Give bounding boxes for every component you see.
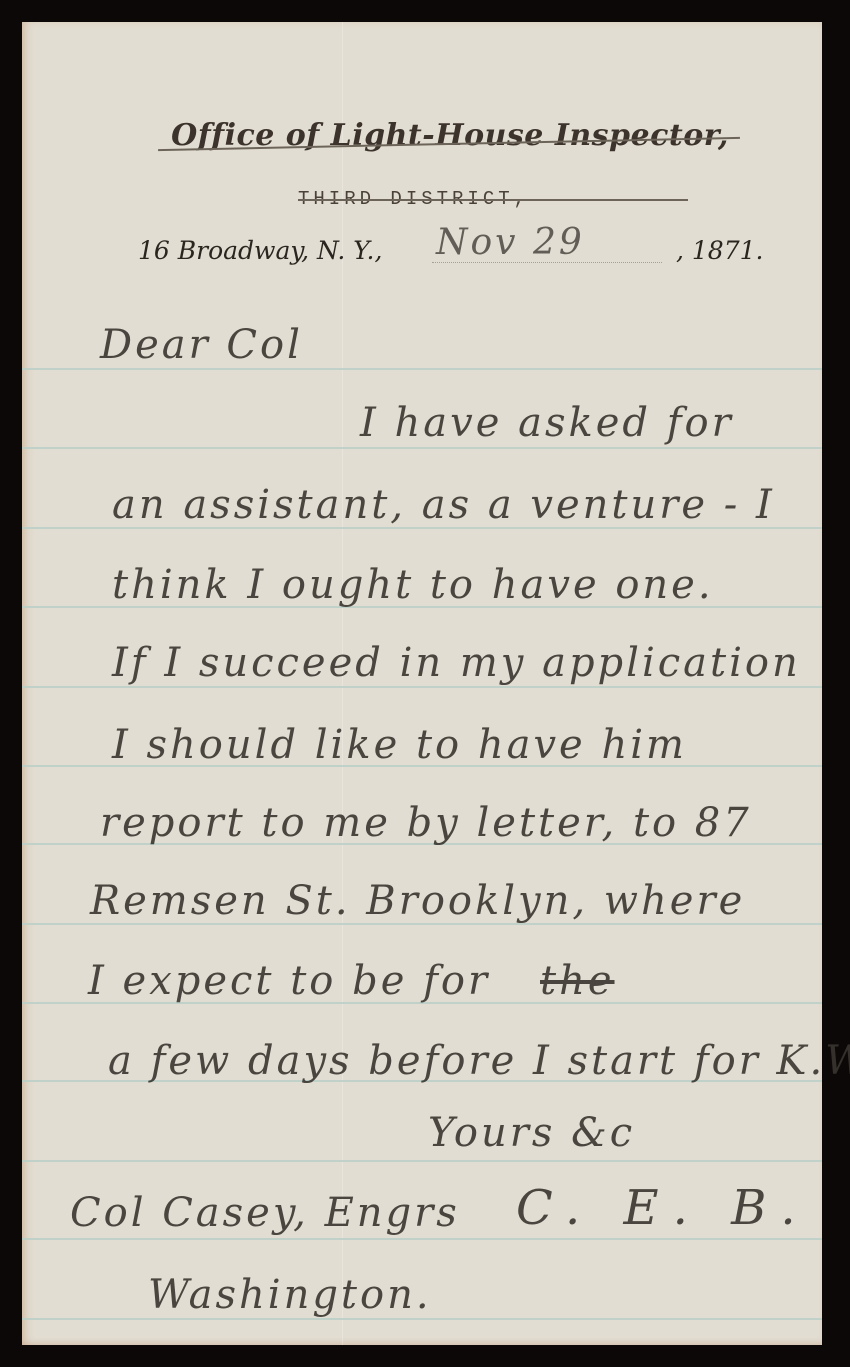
addressee-place: Washington. [148, 1272, 432, 1318]
ruled-line [22, 1160, 822, 1162]
struck-word: the [540, 958, 615, 1004]
body-line-1: I have asked for [360, 400, 734, 446]
body-line-5: I should like to have him [112, 722, 687, 768]
body-line-7: Remsen St. Brooklyn, where [90, 878, 745, 924]
printed-address: 16 Broadway, N. Y., [138, 236, 382, 265]
handwritten-date: Nov 29 [436, 222, 585, 263]
signature: C. E. B. [516, 1180, 810, 1236]
addressee-name: Col Casey, Engrs [70, 1190, 460, 1236]
district-strike [298, 199, 688, 201]
ruled-line [22, 1238, 822, 1240]
body-line-4: If I succeed in my application [112, 640, 801, 686]
ruled-line [22, 686, 822, 688]
body-line-3: think I ought to have one. [112, 562, 714, 608]
ruled-line [22, 447, 822, 449]
salutation: Dear Col [100, 322, 303, 368]
body-line-6: report to me by letter, to 87 [100, 800, 752, 846]
body-line-8: I expect to be for [88, 958, 490, 1004]
ruled-line [22, 1318, 822, 1320]
body-line-2: an assistant, as a venture - I [112, 482, 775, 528]
printed-year: , 1871. [676, 236, 763, 265]
ruled-line [22, 368, 822, 370]
closing: Yours &c [428, 1110, 635, 1156]
body-line-9: a few days before I start for K.W. [108, 1038, 850, 1084]
